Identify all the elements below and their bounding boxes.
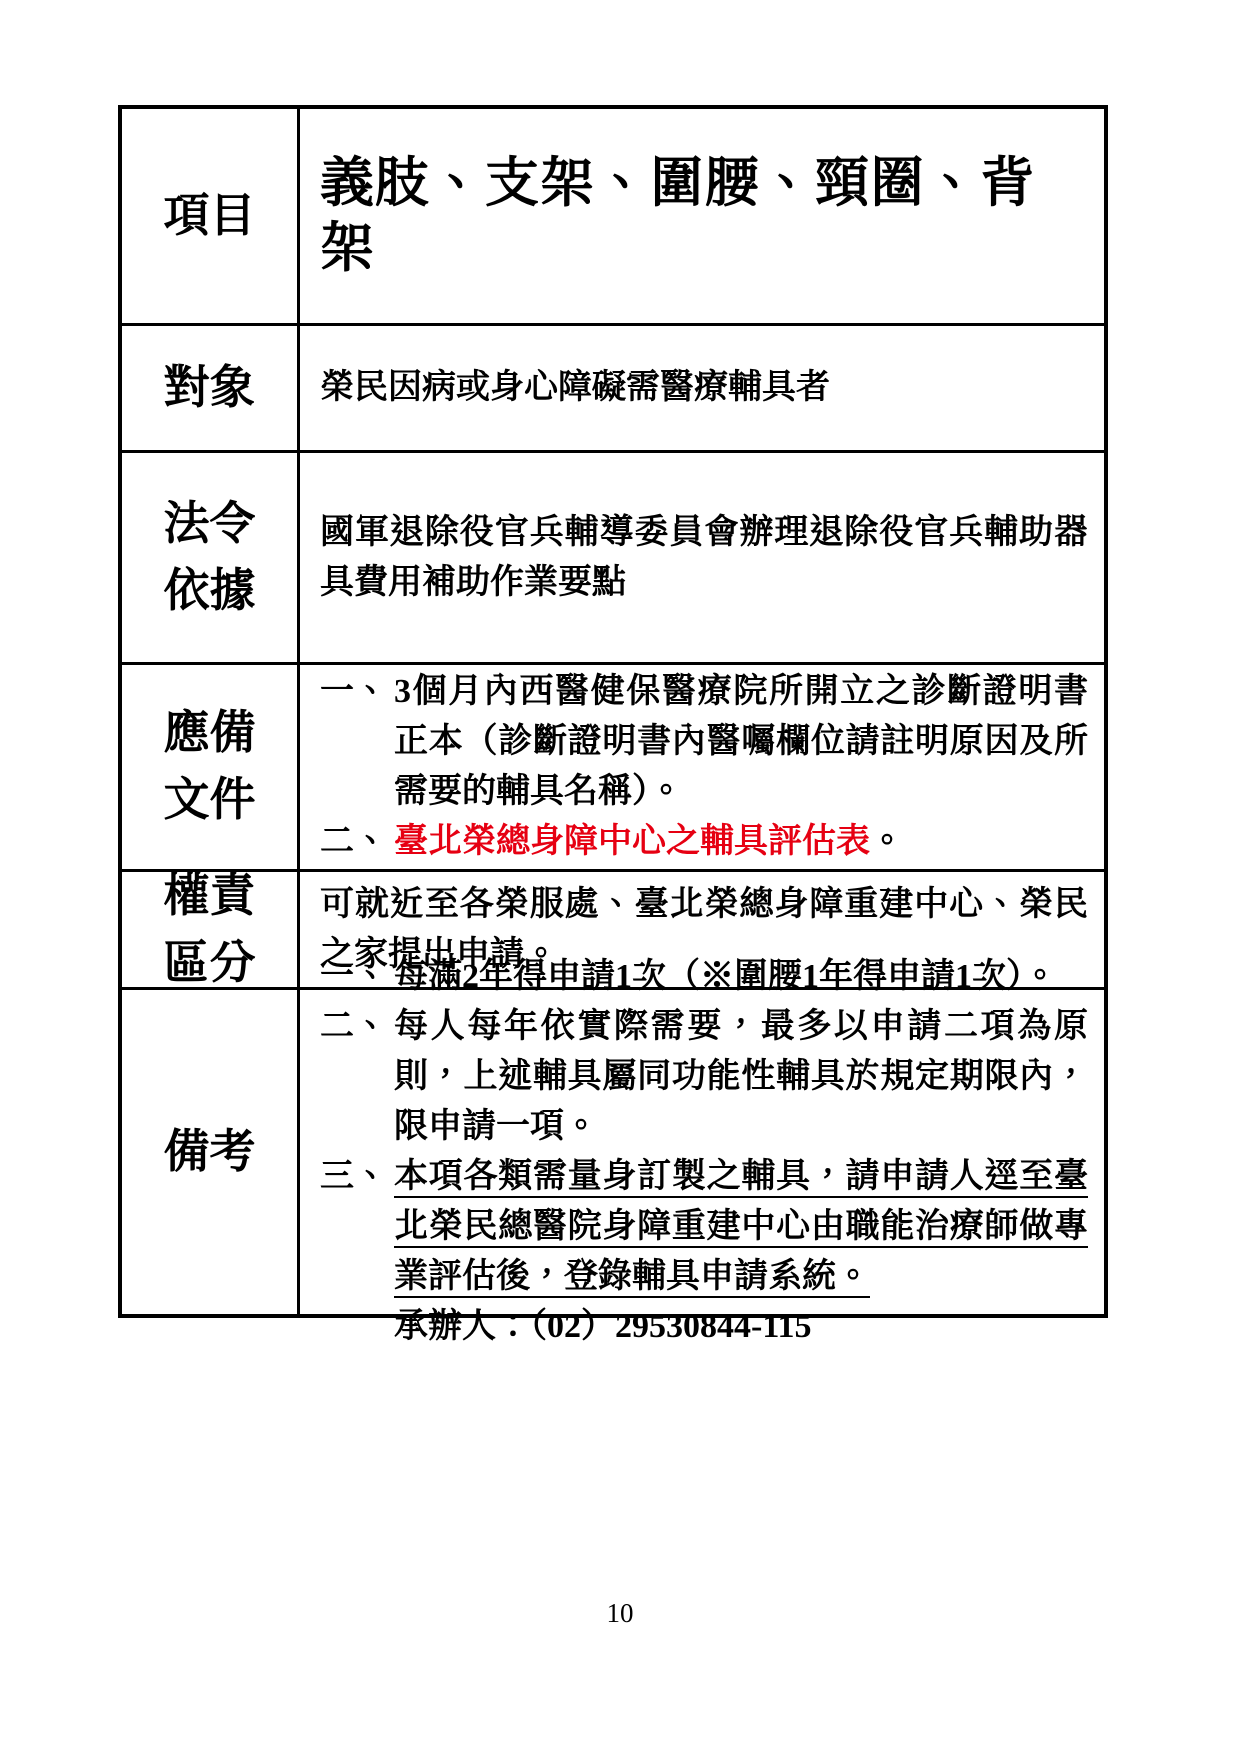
text-segment: 本項各類需量身訂製之輔具，請申請人逕至臺北榮民總醫院身障重建中心由職能治療師做專… (394, 1158, 1088, 1295)
list-item-text: 每滿2年得申請1次（※圍腰1年得申請1次）。 (394, 952, 1088, 1002)
list-item: 一、3個月內西醫健保醫療院所開立之診斷證明書正本（診斷證明書內醫囑欄位請註明原因… (320, 667, 1088, 817)
row-label-remarks: 備考 (122, 990, 300, 1314)
table-row-docs: 應備文件一、3個月內西醫健保醫療院所開立之診斷證明書正本（診斷證明書內醫囑欄位請… (122, 662, 1104, 869)
row-label-docs: 應備文件 (122, 665, 300, 869)
list-item-prefix: 一、 (320, 952, 394, 1002)
text-segment: 每人每年依實際需要，最多以申請二項為原則，上述輔具屬同功能性輔具於規定期限內，限… (394, 1008, 1088, 1145)
list-item-text: 每人每年依實際需要，最多以申請二項為原則，上述輔具屬同功能性輔具於規定期限內，限… (394, 1002, 1088, 1152)
list-item-prefix: 三、 (320, 1152, 394, 1202)
list-item-text: 臺北榮總身障中心之輔具評估表。 (394, 817, 1088, 867)
text-segment: 臺北榮總身障中心之輔具評估表 (394, 823, 870, 860)
row-text: 義肢、支架、圍腰、頸圈、背架 (320, 151, 1088, 281)
row-content-legal: 國軍退除役官兵輔導委員會辦理退除役官兵輔助器具費用補助作業要點 (300, 453, 1104, 662)
list-item: 二、臺北榮總身障中心之輔具評估表。 (320, 817, 1088, 867)
list-item: 三、本項各類需量身訂製之輔具，請申請人逕至臺北榮民總醫院身障重建中心由職能治療師… (320, 1152, 1088, 1302)
table-row-target: 對象榮民因病或身心障礙需醫療輔具者 (122, 323, 1104, 450)
text-segment: 承辦人：（02）29530844-115 (394, 1308, 811, 1345)
list-item-text: 承辦人：（02）29530844-115 (394, 1302, 1088, 1352)
list-item-prefix: 二、 (320, 1002, 394, 1052)
list-item: 二、每人每年依實際需要，最多以申請二項為原則，上述輔具屬同功能性輔具於規定期限內… (320, 1002, 1088, 1152)
row-label-legal: 法令依據 (122, 453, 300, 662)
text-segment: 每滿2年得申請1次（※圍腰1年得申請1次）。 (394, 958, 1057, 995)
text-segment: 3個月內西醫健保醫療院所開立之診斷證明書正本（診斷證明書內醫囑欄位請註明原因及所… (394, 673, 1088, 810)
document-page: 項目義肢、支架、圍腰、頸圈、背架對象榮民因病或身心障礙需醫療輔具者法令依據國軍退… (0, 0, 1240, 1754)
row-label-target: 對象 (122, 326, 300, 450)
row-content-item: 義肢、支架、圍腰、頸圈、背架 (300, 109, 1104, 323)
row-content-remarks: 一、每滿2年得申請1次（※圍腰1年得申請1次）。二、每人每年依實際需要，最多以申… (300, 990, 1104, 1314)
row-content-target: 榮民因病或身心障礙需醫療輔具者 (300, 326, 1104, 450)
table-row-item: 項目義肢、支架、圍腰、頸圈、背架 (122, 109, 1104, 323)
table-row-legal: 法令依據國軍退除役官兵輔導委員會辦理退除役官兵輔助器具費用補助作業要點 (122, 450, 1104, 662)
list-item-text: 本項各類需量身訂製之輔具，請申請人逕至臺北榮民總醫院身障重建中心由職能治療師做專… (394, 1152, 1088, 1302)
list-item-prefix: 一、 (320, 667, 394, 717)
list-item: 承辦人：（02）29530844-115 (320, 1302, 1088, 1352)
row-content-docs: 一、3個月內西醫健保醫療院所開立之診斷證明書正本（診斷證明書內醫囑欄位請註明原因… (300, 665, 1104, 869)
row-text: 國軍退除役官兵輔導委員會辦理退除役官兵輔助器具費用補助作業要點 (320, 508, 1088, 608)
row-text: 榮民因病或身心障礙需醫療輔具者 (320, 363, 1088, 413)
list-item-text: 3個月內西醫健保醫療院所開立之診斷證明書正本（診斷證明書內醫囑欄位請註明原因及所… (394, 667, 1088, 817)
text-segment: 。 (870, 823, 904, 860)
row-label-resp: 權責區分 (122, 872, 300, 987)
row-label-item: 項目 (122, 109, 300, 323)
list-item: 一、每滿2年得申請1次（※圍腰1年得申請1次）。 (320, 952, 1088, 1002)
info-table: 項目義肢、支架、圍腰、頸圈、背架對象榮民因病或身心障礙需醫療輔具者法令依據國軍退… (118, 105, 1108, 1318)
table-row-remarks: 備考一、每滿2年得申請1次（※圍腰1年得申請1次）。二、每人每年依實際需要，最多… (122, 987, 1104, 1314)
list-item-prefix: 二、 (320, 817, 394, 867)
page-number: 10 (0, 1598, 1240, 1629)
